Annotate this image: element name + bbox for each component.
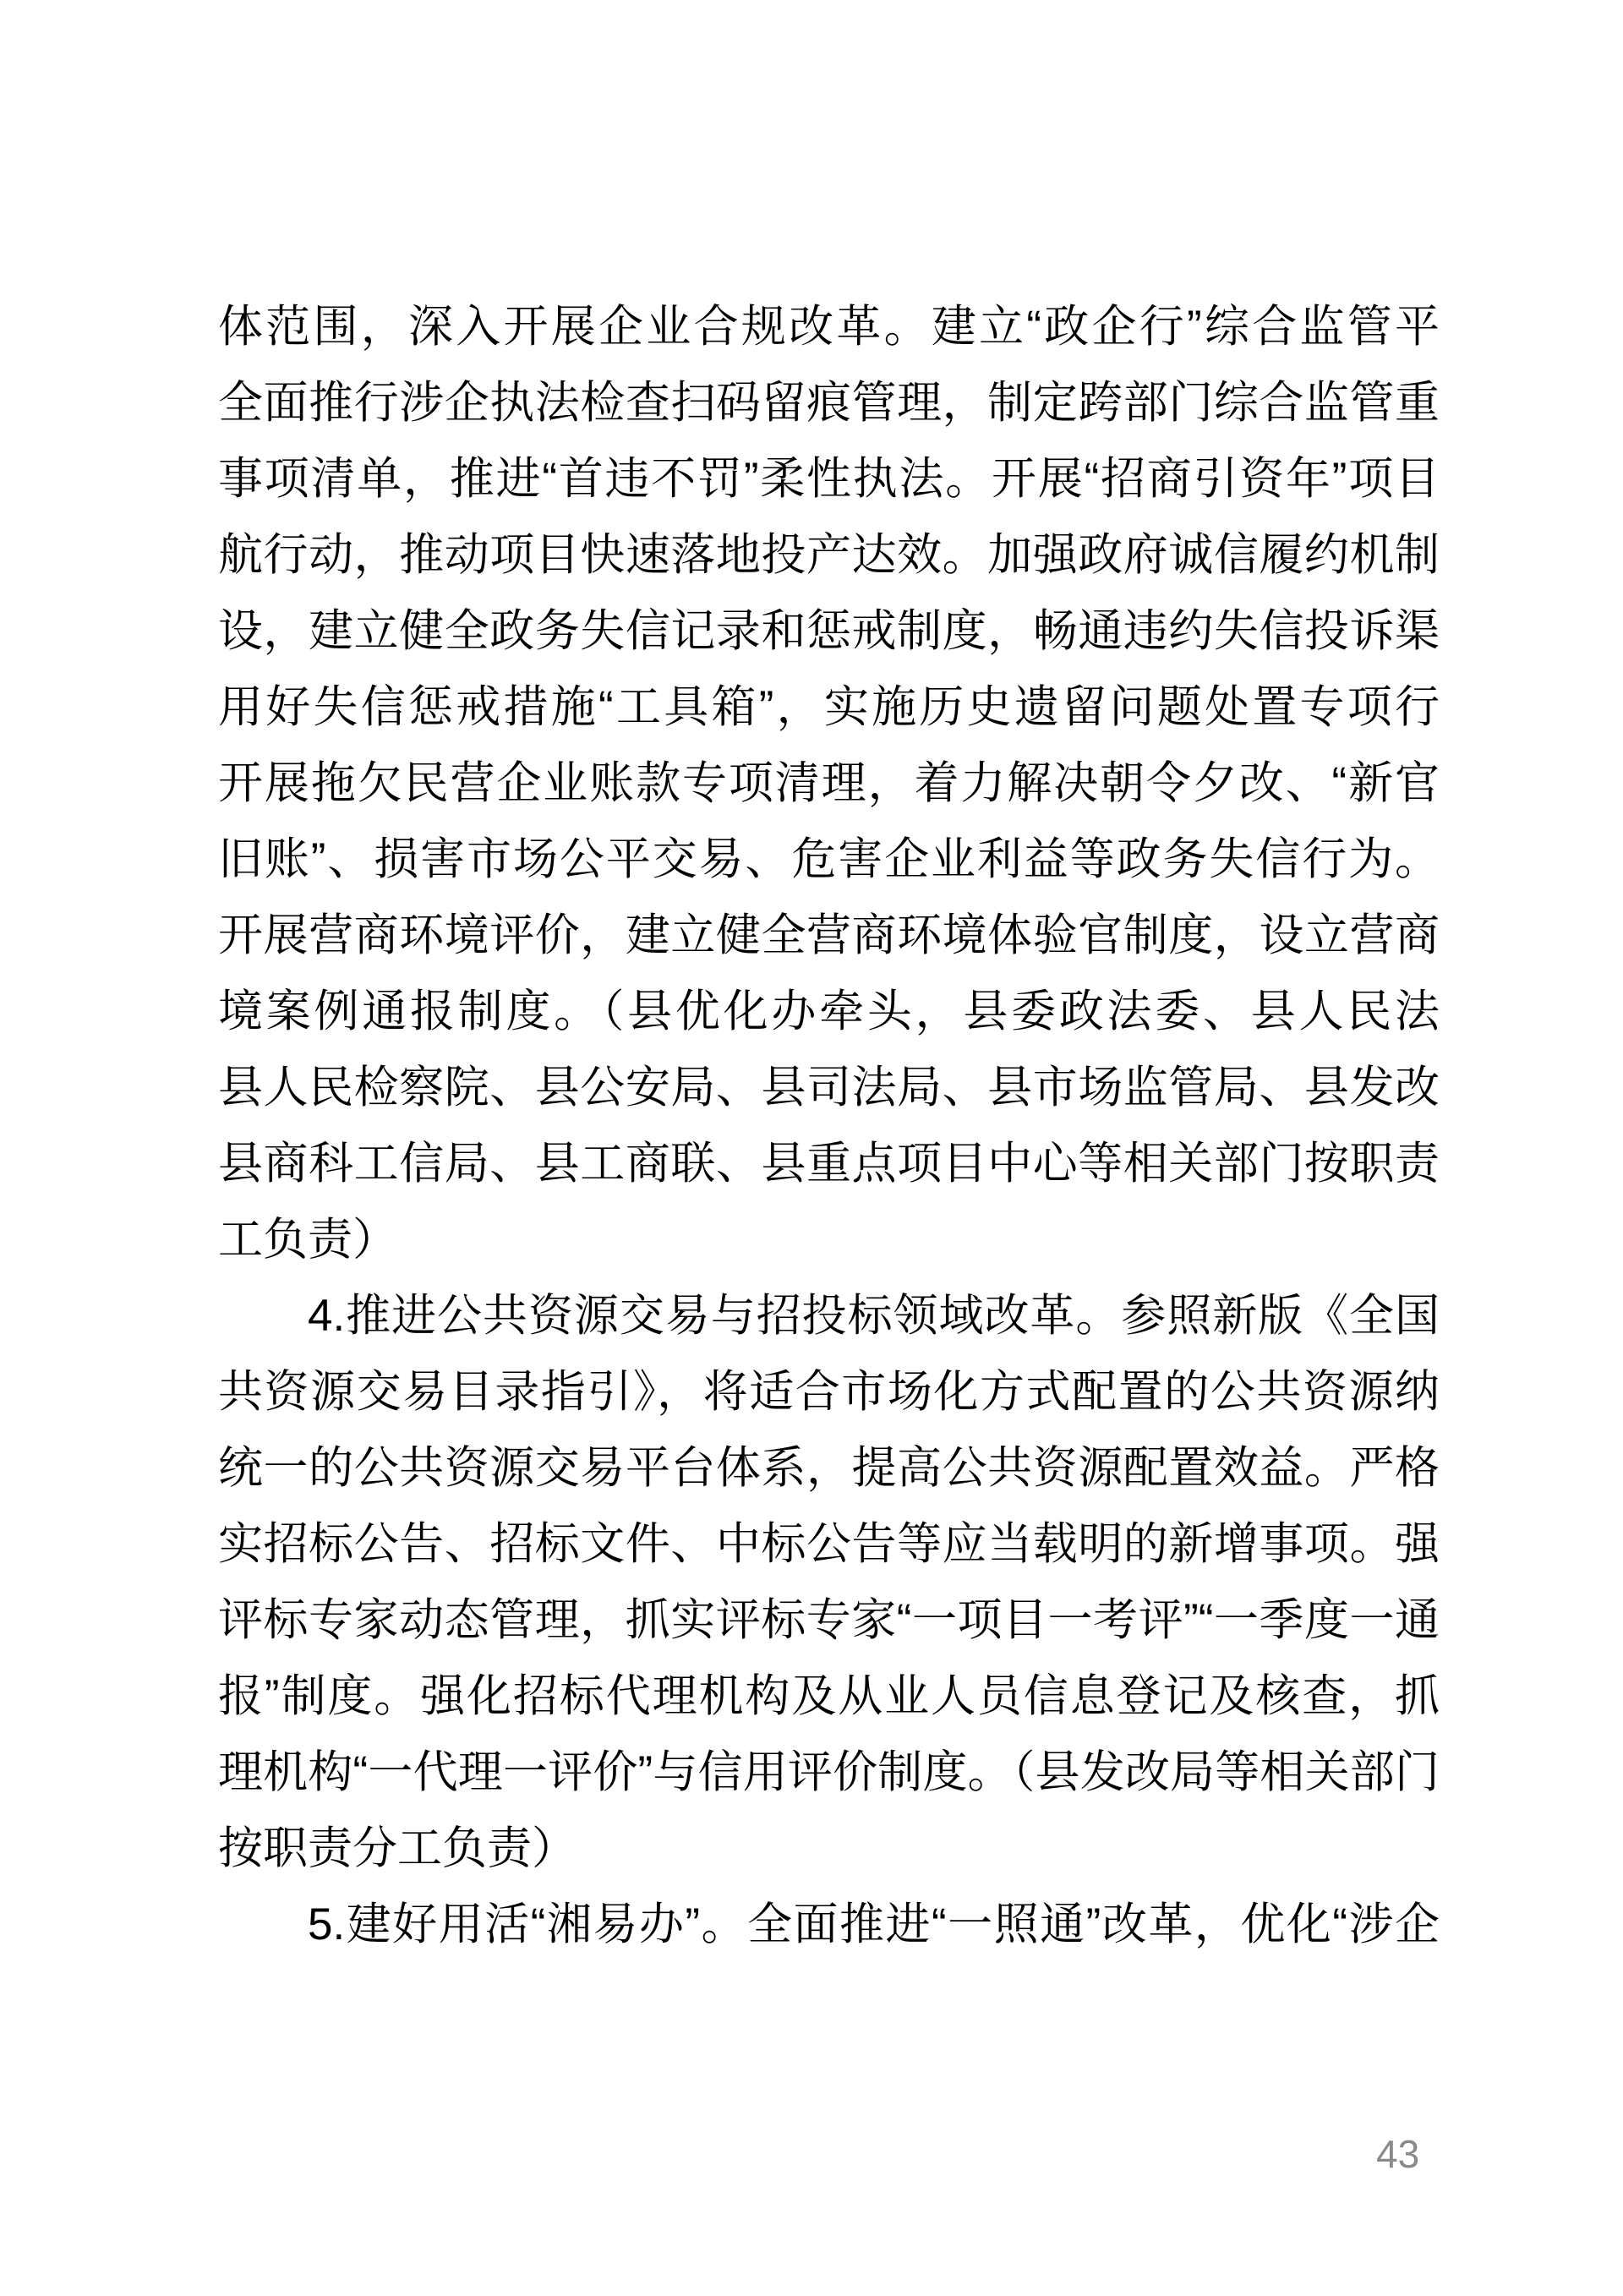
text-line: 航行动，推动项目快速落地投产达效。加强政府诚信履约机制建: [218, 517, 1440, 593]
text-line: 境案例通报制度。（县优化办牵头，县委政法委、县人民法院、: [218, 974, 1440, 1050]
text-line: 实招标公告、招标文件、中标公告等应当载明的新增事项。强化: [218, 1506, 1440, 1583]
text-line-numbered-item-5: 5.建好用活“湘易办”。全面推进“一照通”改革，优化“涉企一: [218, 1887, 1440, 1963]
text-line: 用好失信惩戒措施“工具箱”，实施历史遗留问题处置专项行动，: [218, 670, 1440, 746]
page-number: 43: [1376, 2129, 1419, 2179]
text-line: 设，建立健全政务失信记录和惩戒制度，畅通违约失信投诉渠道，: [218, 593, 1440, 670]
text-line-numbered-item-4: 4.推进公共资源交易与招投标领域改革。参照新版《全国公: [218, 1278, 1440, 1354]
text-line: 工负责）: [218, 1202, 1440, 1278]
text-line: 全面推行涉企执法检查扫码留痕管理，制定跨部门综合监管重点: [218, 365, 1440, 441]
text-line: 统一的公共资源交易平台体系，提高公共资源配置效益。严格落: [218, 1430, 1440, 1506]
text-line: 报”制度。强化招标代理机构及从业人员信息登记及核查，抓实代: [218, 1659, 1440, 1735]
text-line: 县商科工信局、县工商联、县重点项目中心等相关部门按职责分: [218, 1126, 1440, 1202]
text-line: 县人民检察院、县公安局、县司法局、县市场监管局、县发改局、: [218, 1050, 1440, 1126]
text-line: 评标专家动态管理，抓实评标专家“一项目一考评”“一季度一通: [218, 1583, 1440, 1659]
document-page: 体范围，深入开展企业合规改革。建立“政企行”综合监管平台， 全面推行涉企执法检查…: [0, 0, 1623, 2296]
text-line: 开展拖欠民营企业账款专项清理，着力解决朝令夕改、“新官不理: [218, 746, 1440, 822]
text-line: 体范围，深入开展企业合规改革。建立“政企行”综合监管平台，: [218, 289, 1440, 365]
text-line: 事项清单，推进“首违不罚”柔性执法。开展“招商引资年”项目护: [218, 441, 1440, 517]
text-line: 开展营商环境评价，建立健全营商环境体验官制度，设立营商环: [218, 898, 1440, 974]
body-text: 体范围，深入开展企业合规改革。建立“政企行”综合监管平台， 全面推行涉企执法检查…: [218, 289, 1440, 1963]
text-line: 共资源交易目录指引》，将适合市场化方式配置的公共资源纳入: [218, 1354, 1440, 1430]
text-line: 旧账”、损害市场公平交易、危害企业利益等政务失信行为。大力: [218, 822, 1440, 898]
text-line: 按职责分工负责）: [218, 1811, 1440, 1887]
text-line: 理机构“一代理一评价”与信用评价制度。（县发改局等相关部门: [218, 1735, 1440, 1811]
